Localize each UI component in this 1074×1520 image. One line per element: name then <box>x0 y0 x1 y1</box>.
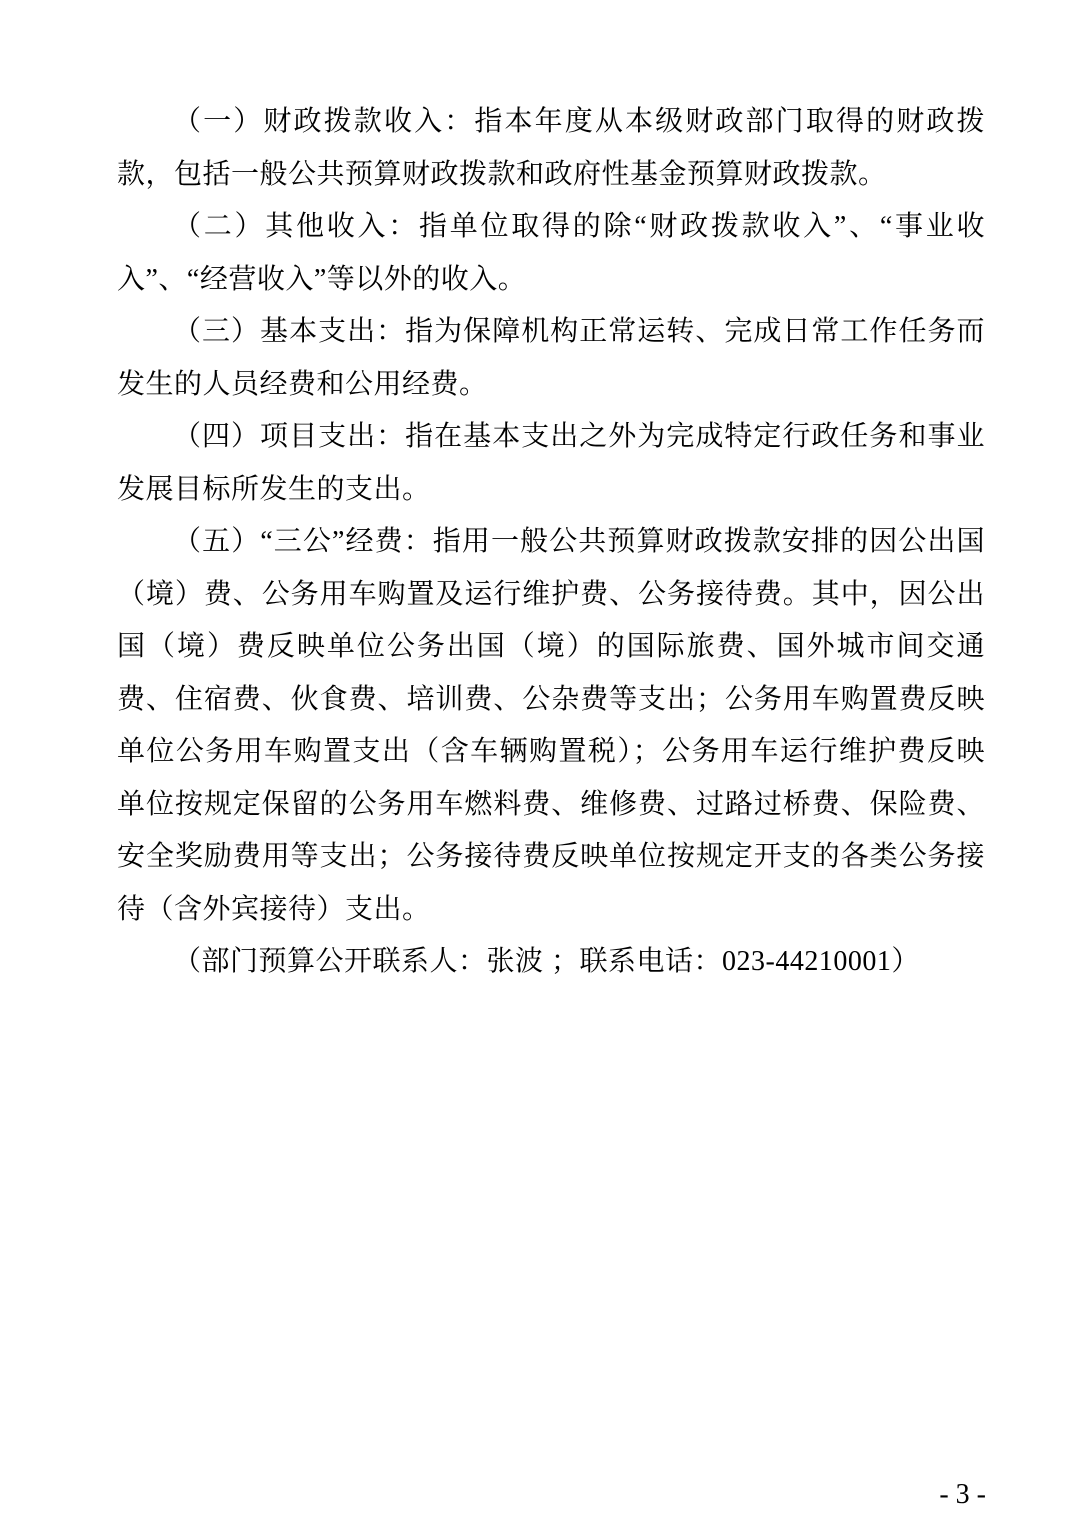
paragraph-contact-info: （部门预算公开联系人：张波 ；联系电话：023-44210001） <box>117 936 985 989</box>
document-page: （一）财政拨款收入：指本年度从本级财政部门取得的财政拨款，包括一般公共预算财政拨… <box>0 0 1074 1520</box>
paragraph-three-public-funds: （五）“三公”经费：指用一般公共预算财政拨款安排的因公出国（境）费、公务用车购置… <box>117 516 985 936</box>
paragraph-other-income: （二）其他收入：指单位取得的除“财政拨款收入”、“事业收入”、“经营收入”等以外… <box>117 201 985 306</box>
page-number: - 3 - <box>939 1478 986 1512</box>
paragraph-fiscal-appropriation-income: （一）财政拨款收入：指本年度从本级财政部门取得的财政拨款，包括一般公共预算财政拨… <box>117 96 985 201</box>
document-body-text: （一）财政拨款收入：指本年度从本级财政部门取得的财政拨款，包括一般公共预算财政拨… <box>117 96 985 989</box>
paragraph-basic-expenditure: （三）基本支出：指为保障机构正常运转、完成日常工作任务而发生的人员经费和公用经费… <box>117 306 985 411</box>
paragraph-project-expenditure: （四）项目支出：指在基本支出之外为完成特定行政任务和事业发展目标所发生的支出。 <box>117 411 985 516</box>
